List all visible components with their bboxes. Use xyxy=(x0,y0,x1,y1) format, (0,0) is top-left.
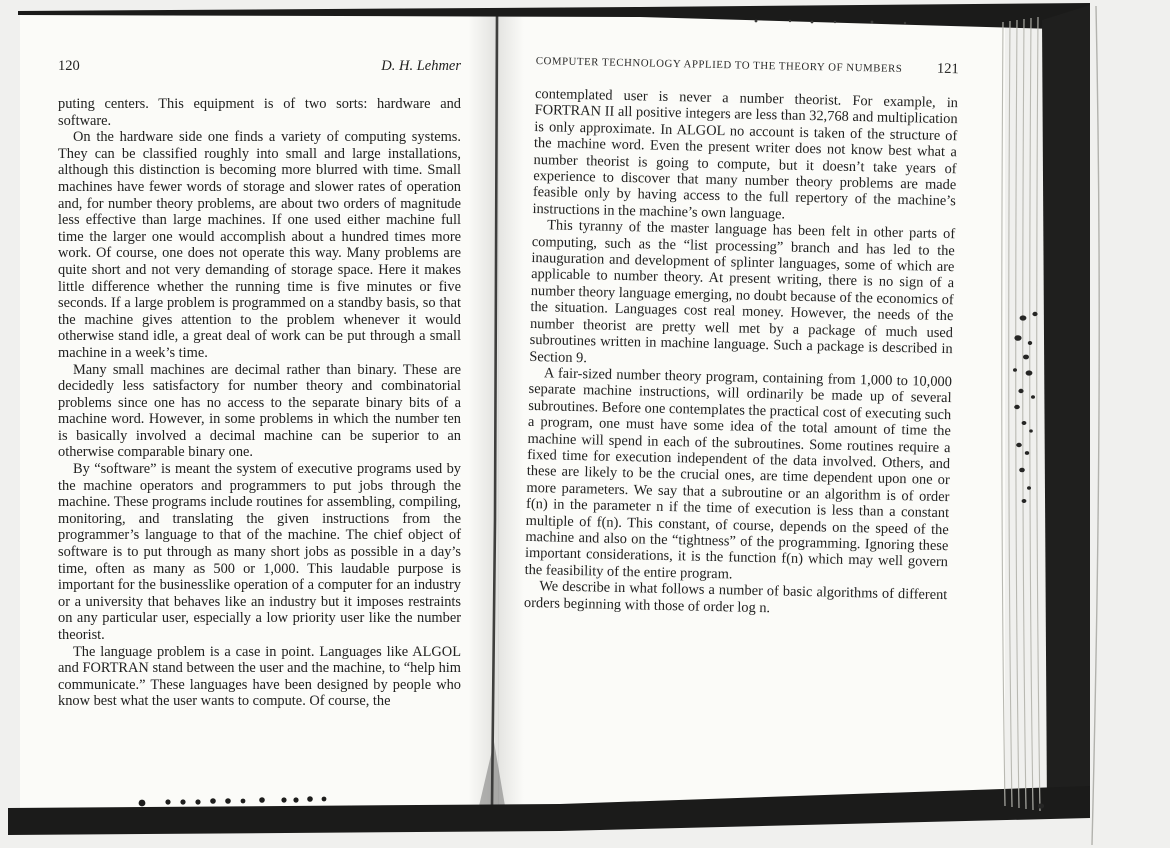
paragraph-left-5: The language problem is a case in point.… xyxy=(58,644,461,710)
running-head-left: D. H. Lehmer xyxy=(381,58,461,75)
page-left: 120 D. H. Lehmer puting centers. This eq… xyxy=(58,58,461,710)
book-scan: 120 D. H. Lehmer puting centers. This eq… xyxy=(0,0,1170,848)
paragraph-left-2: On the hardware side one finds a variety… xyxy=(58,129,461,361)
paragraph-right-3: A fair-sized number theory program, cont… xyxy=(525,365,953,587)
paragraph-right-2: This tyranny of the master language has … xyxy=(529,217,955,374)
page-right: Computer Technology Applied to the Theor… xyxy=(524,52,959,620)
left-page-header: 120 D. H. Lehmer xyxy=(58,58,461,75)
paragraph-right-1: contemplated user is never a number theo… xyxy=(532,86,958,226)
sheet-edge-line xyxy=(1092,6,1099,845)
paragraph-left-4: By “software” is meant the system of exe… xyxy=(58,461,461,644)
paragraph-left-3: Many small machines are decimal rather t… xyxy=(58,362,461,462)
running-head-right: Computer Technology Applied to the Theor… xyxy=(536,55,903,75)
fore-edge-page-lines xyxy=(1002,17,1040,811)
cover-edge-right xyxy=(1042,5,1090,812)
right-page-body: contemplated user is never a number theo… xyxy=(524,86,958,620)
left-page-body: puting centers. This equipment is of two… xyxy=(58,96,461,710)
paragraph-left-1: puting centers. This equipment is of two… xyxy=(58,96,461,129)
fore-edge-ink-marks xyxy=(1013,312,1044,809)
page-number-left: 120 xyxy=(58,58,80,75)
page-number-right: 121 xyxy=(937,61,959,78)
